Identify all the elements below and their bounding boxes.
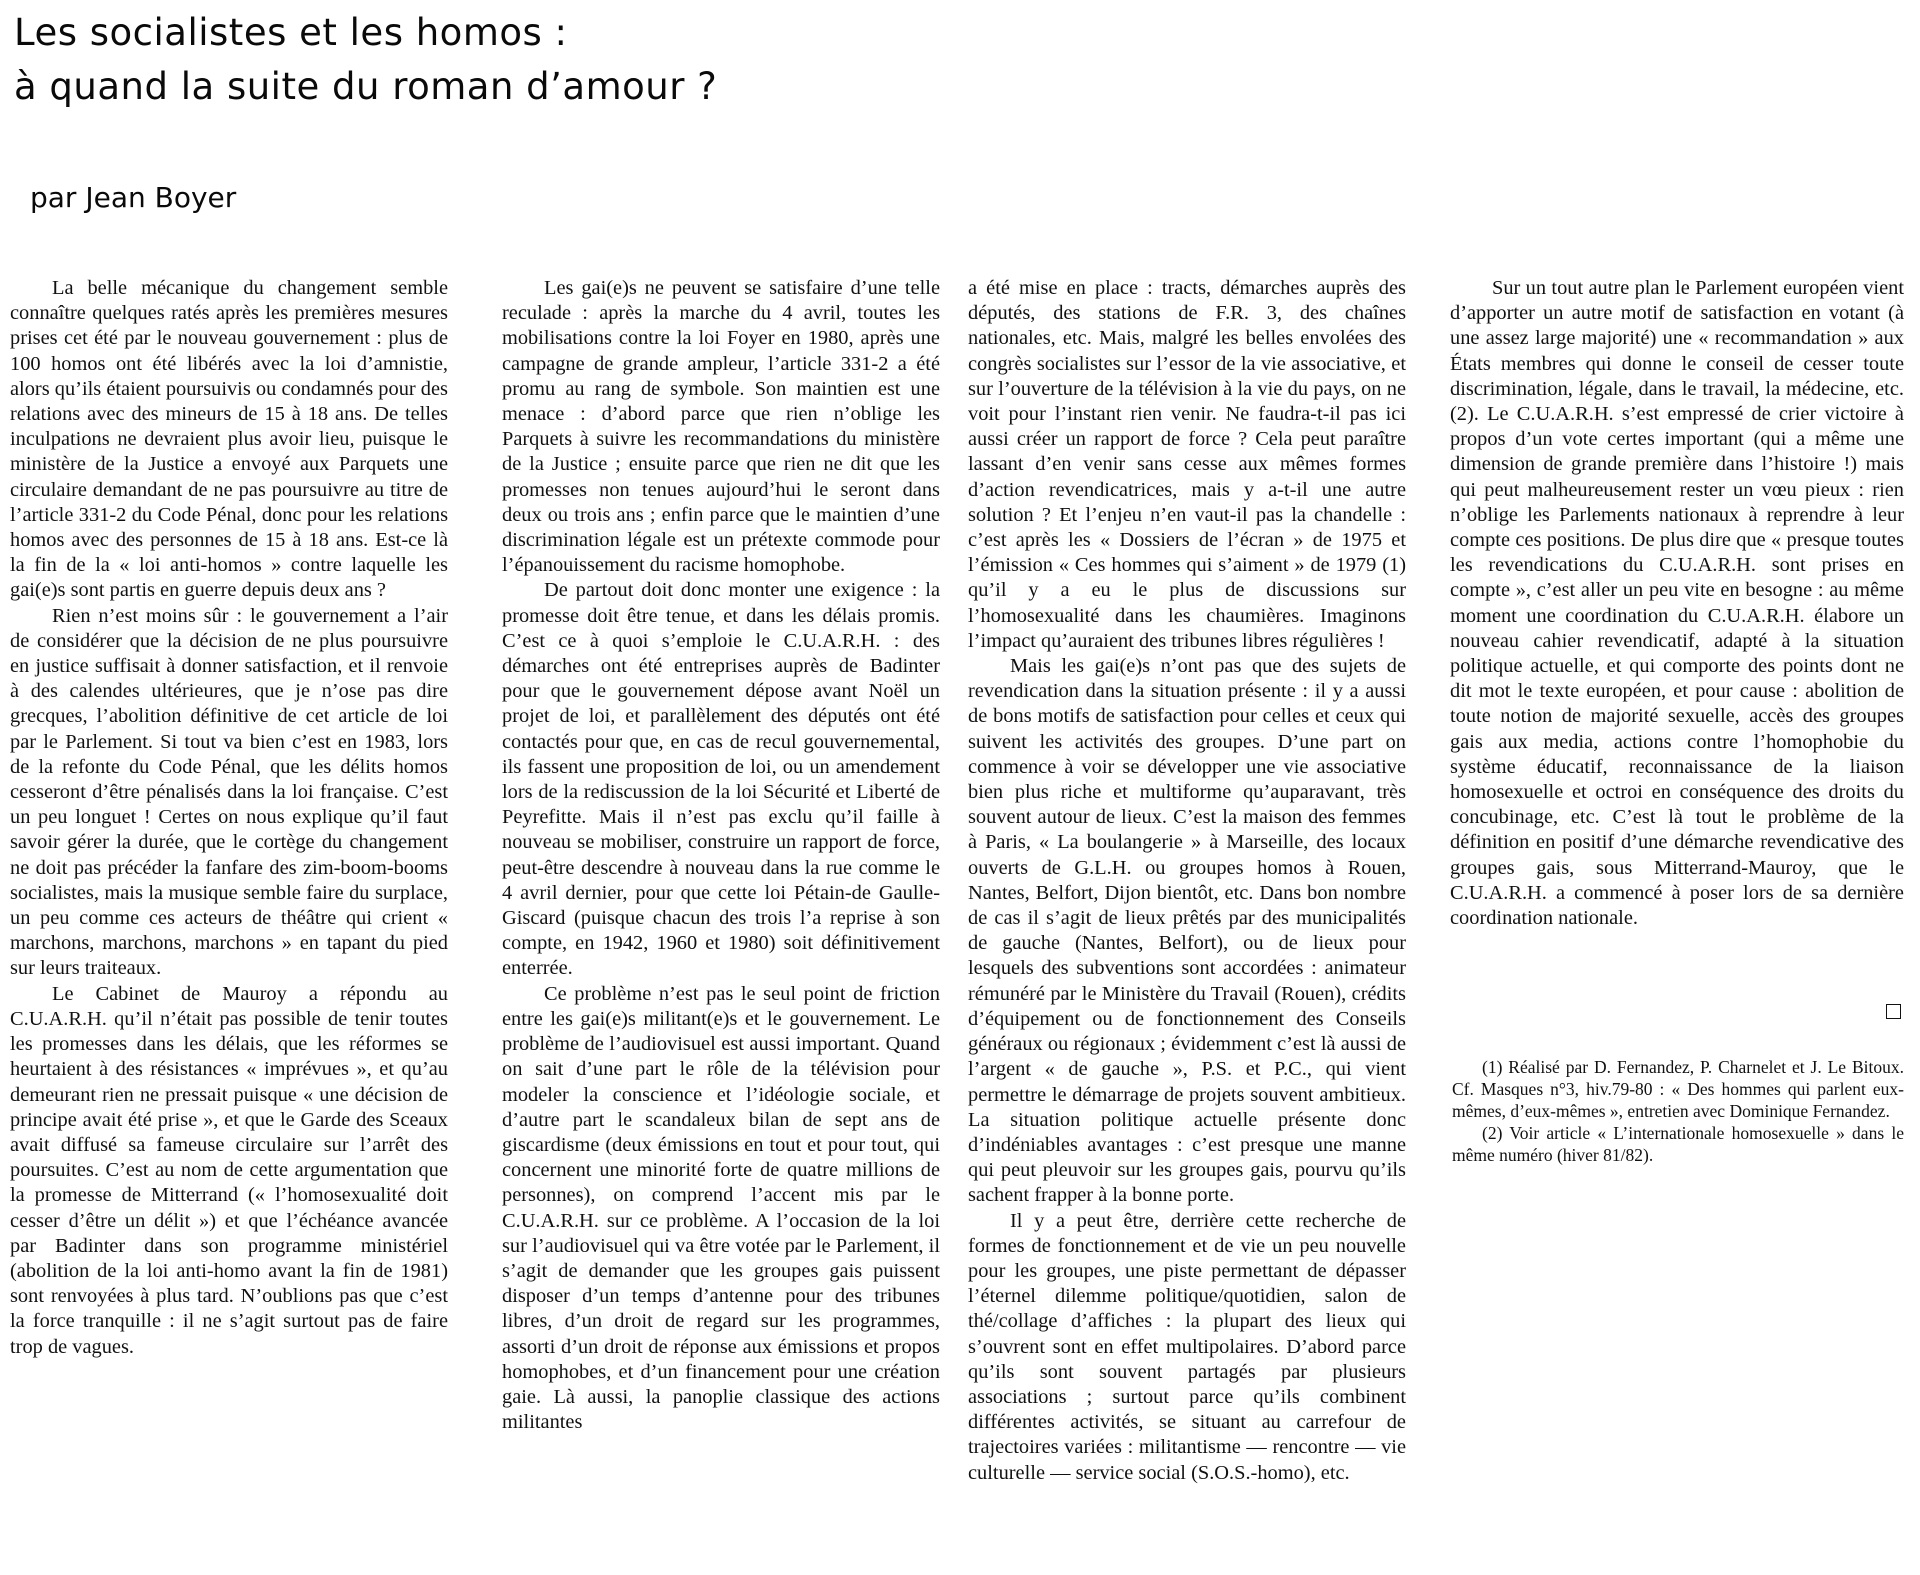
column-2: Les gai(e)s ne peuvent se satisfaire d’u… — [502, 276, 940, 1435]
byline: par Jean Boyer — [30, 180, 236, 216]
article-title: Les socialistes et les homos : à quand l… — [14, 6, 1014, 114]
footnote-1: (1) Réalisé par D. Fernandez, P. Charnel… — [1452, 1056, 1904, 1122]
paragraph: Rien n’est moins sûr : le gouvernement a… — [10, 604, 448, 982]
paragraph: De partout doit donc monter une exigence… — [502, 578, 940, 981]
paragraph: Les gai(e)s ne peuvent se satisfaire d’u… — [502, 276, 940, 578]
end-of-article-square-icon — [1886, 1004, 1901, 1019]
footnote-2: (2) Voir article « L’internationale homo… — [1452, 1122, 1904, 1166]
article-title-line-1: Les socialistes et les homos : — [14, 6, 1014, 60]
paragraph: Sur un tout autre plan le Parlement euro… — [1450, 276, 1904, 931]
paragraph: Ce problème n’est pas le seul point de f… — [502, 982, 940, 1436]
article-title-line-2: à quand la suite du roman d’amour ? — [14, 60, 1014, 114]
paragraph: La belle mécanique du changement semble … — [10, 276, 448, 604]
paragraph-continued: a été mise en place : tracts, démarches … — [968, 276, 1406, 654]
paragraph: Il y a peut être, derrière cette recherc… — [968, 1209, 1406, 1486]
paragraph: Le Cabinet de Mauroy a répondu au C.U.A.… — [10, 982, 448, 1360]
paragraph: Mais les gai(e)s n’ont pas que des sujet… — [968, 654, 1406, 1208]
column-1: La belle mécanique du changement semble … — [10, 276, 448, 1360]
column-4: Sur un tout autre plan le Parlement euro… — [1450, 276, 1904, 931]
column-3: a été mise en place : tracts, démarches … — [968, 276, 1406, 1486]
footnotes: (1) Réalisé par D. Fernandez, P. Charnel… — [1452, 1056, 1904, 1166]
